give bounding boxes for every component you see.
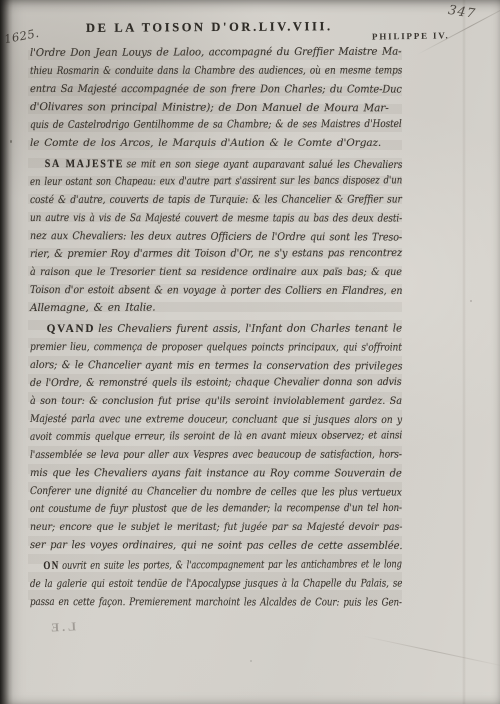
ink-speck — [10, 140, 12, 143]
manuscript-line: ont coustume de fuyr plustost que de les… — [30, 499, 343, 518]
manuscript-line: thieu Rosmarin & conduite dans la Chambr… — [30, 62, 344, 80]
manuscript-line: QVANDles Chevaliers furent assis, l'Infa… — [30, 320, 394, 338]
manuscript-line: à raison que le Tresorier tient sa resid… — [30, 263, 373, 281]
paragraph-lead: QVAND — [47, 323, 99, 335]
manuscript-line: Allemagne, & en Italie. — [30, 298, 402, 317]
bottom-crease — [362, 635, 500, 667]
paragraph-lead: ON — [43, 560, 62, 572]
manuscript-line: quis de Castelrodrigo Gentilhomme de sa … — [30, 115, 349, 134]
binding-edge — [0, 0, 13, 704]
manuscript-line: passa en cette façon. Premierement march… — [30, 593, 338, 611]
ink-speck — [470, 300, 472, 302]
manuscript-line: rier, & premier Roy d'armes dit Toison d… — [30, 244, 376, 263]
ink-speck — [250, 660, 252, 662]
manuscript-line: ONouvrit en suite les portes, & l'accomp… — [30, 556, 322, 575]
manuscript-paragraph: QVANDles Chevaliers furent assis, l'Infa… — [30, 320, 402, 554]
manuscript-line: de l'Ordre, & remonstré quels ils estoin… — [30, 373, 363, 392]
manuscript-line: mis que les Chevaliers ayans fait instan… — [30, 464, 386, 482]
bleedthrough-text: L.E — [48, 619, 77, 635]
folio-number: 347 — [447, 3, 477, 22]
paragraph-lead: SA MAJESTE — [45, 158, 127, 170]
manuscript-line: un autre vis à vis de Sa Majesté couvert… — [30, 209, 345, 227]
manuscript-line: de la galerie qui estoit tendüe de l'Apo… — [30, 575, 340, 593]
running-head-philippe: PHILIPPE IV. — [372, 30, 450, 41]
manuscript-line: costé & d'autre, couverts de tapis de Tu… — [30, 191, 353, 209]
manuscript-paragraph: ONouvrit en suite les portes, & l'accomp… — [30, 557, 402, 611]
manuscript-line: premier lieu, commença de proposer quelq… — [30, 338, 350, 356]
manuscript-line: le Comte de los Arcos, le Marquis d'Auti… — [30, 134, 402, 152]
manuscript-line: en leur ostant son Chapeau: eux d'autre … — [30, 172, 335, 191]
manuscript-line: neur; encore que le subjet le meritast; … — [30, 518, 366, 536]
manuscript-line: à son tour: & conclusion fut prise qu'il… — [30, 392, 373, 410]
manuscript-line: entra Sa Majesté accompagnée de son frer… — [30, 80, 379, 98]
manuscript-line: l'assemblée se leva pour aller aux Vespr… — [30, 446, 350, 464]
manuscript-line: ser par les voyes ordinaires, qui ne soi… — [30, 536, 383, 555]
manuscript-line: avoit commis quelque erreur, ils seroint… — [30, 427, 348, 446]
page-edge-shadow — [462, 0, 466, 704]
manuscript-paragraph: l'Ordre Don Jean Louys de Laloo, accompa… — [30, 44, 402, 152]
manuscript-body: l'Ordre Don Jean Louys de Laloo, accompa… — [30, 44, 402, 611]
manuscript-paragraph: SA MAJESTEse mit en son siege ayant aupa… — [30, 155, 402, 317]
running-title: DE LA TOISON D'OR.LIV.VIII. — [86, 19, 346, 36]
manuscript-page: 347 DE LA TOISON D'OR.LIV.VIII. PHILIPPE… — [0, 0, 500, 704]
manuscript-line: l'Ordre Don Jean Louys de Laloo, accompa… — [30, 43, 388, 62]
